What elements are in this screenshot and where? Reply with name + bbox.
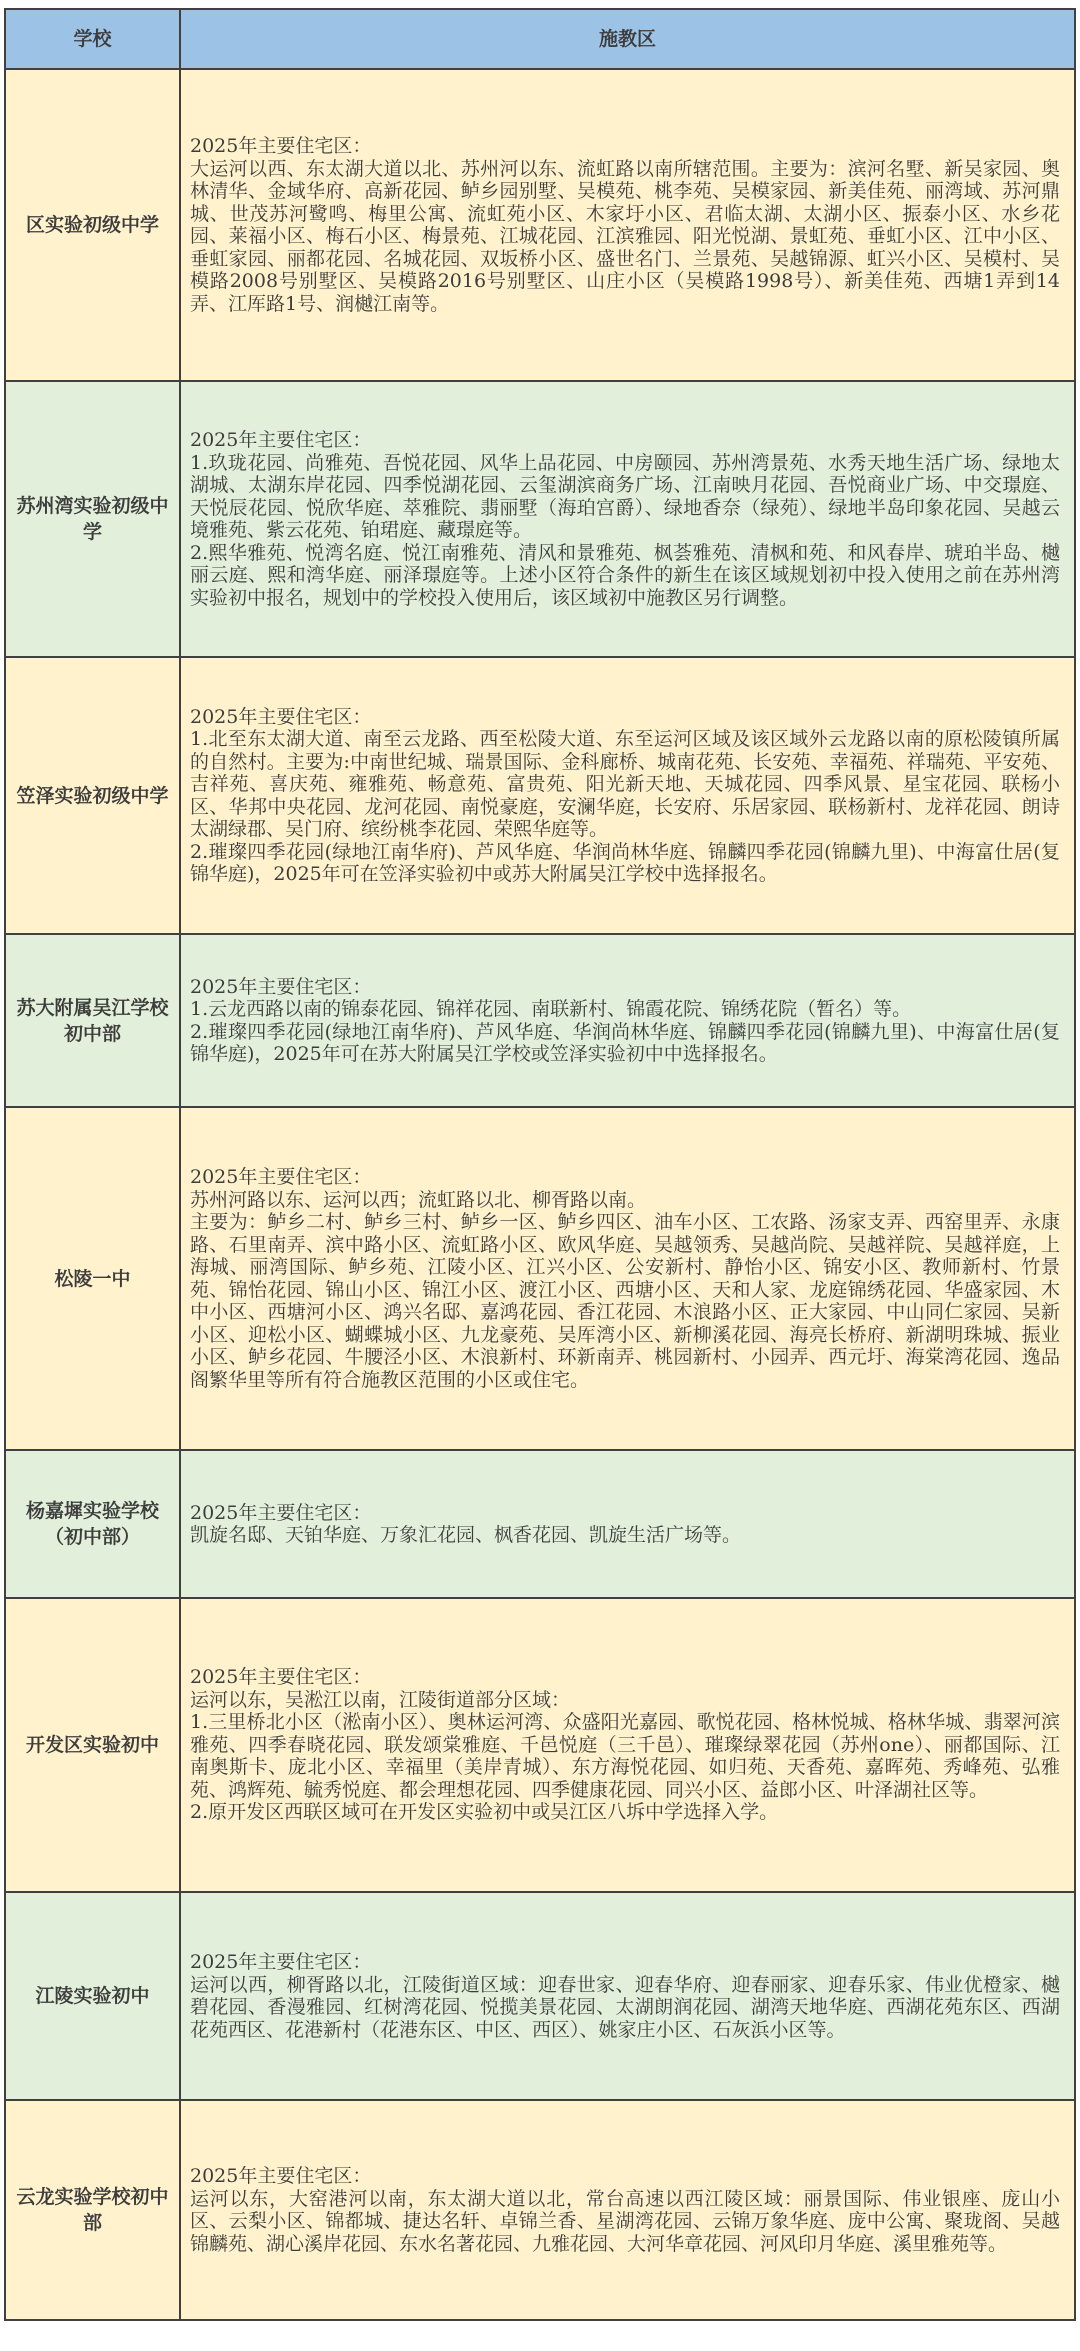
school-name: 区实验初级中学	[6, 70, 181, 380]
table-header-row: 学校 施教区	[6, 10, 1074, 68]
district-cell: 2025年主要住宅区： 运河以西，柳胥路以北，江陵街道区域：迎春世家、迎春华府、…	[181, 1893, 1074, 2099]
district-cell: 2025年主要住宅区： 大运河以西、东太湖大道以北、苏州河以东、流虹路以南所辖范…	[181, 70, 1074, 380]
school-district-table: 学校 施教区 区实验初级中学 2025年主要住宅区： 大运河以西、东太湖大道以北…	[4, 8, 1076, 2321]
district-paragraph: 1.云龙西路以南的锦泰花园、锦祥花园、南联新村、锦霞花院、锦绣花院（暂名）等。	[190, 998, 1060, 1021]
table-row: 开发区实验初中 2025年主要住宅区： 运河以东，吴淞江以南，江陵街道部分区域：…	[6, 1597, 1074, 1891]
district-paragraph: 2025年主要住宅区：	[190, 976, 1060, 999]
district-paragraph: 2025年主要住宅区：	[190, 1666, 1060, 1689]
district-cell: 2025年主要住宅区： 运河以东，吴淞江以南，江陵街道部分区域： 1.三里桥北小…	[181, 1599, 1074, 1891]
table-row: 云龙实验学校初中部 2025年主要住宅区： 运河以东，大窑港河以南，东太湖大道以…	[6, 2099, 1074, 2319]
district-cell: 2025年主要住宅区： 凯旋名邸、天铂华庭、万象汇花园、枫香花园、凯旋生活广场等…	[181, 1451, 1074, 1597]
district-paragraph: 2025年主要住宅区：	[190, 706, 1060, 729]
school-name: 云龙实验学校初中部	[6, 2101, 181, 2319]
district-paragraph: 主要为：鲈乡二村、鲈乡三村、鲈乡一区、鲈乡四区、油车小区、工农路、汤家支弄、西窑…	[190, 1211, 1060, 1391]
district-paragraph: 2.原开发区西联区域可在开发区实验初中或吴江区八坼中学选择入学。	[190, 1801, 1060, 1824]
district-paragraph: 2025年主要住宅区：	[190, 1166, 1060, 1189]
school-name: 江陵实验初中	[6, 1893, 181, 2099]
district-paragraph: 大运河以西、东太湖大道以北、苏州河以东、流虹路以南所辖范围。主要为：滨河名墅、新…	[190, 158, 1060, 316]
district-paragraph: 运河以东，吴淞江以南，江陵街道部分区域：	[190, 1689, 1060, 1712]
district-paragraph: 1.北至东太湖大道、南至云龙路、西至松陵大道、东至运河区域及该区域外云龙路以南的…	[190, 728, 1060, 841]
school-name: 杨嘉墀实验学校（初中部）	[6, 1451, 181, 1597]
table-row: 杨嘉墀实验学校（初中部） 2025年主要住宅区： 凯旋名邸、天铂华庭、万象汇花园…	[6, 1449, 1074, 1597]
table-row: 江陵实验初中 2025年主要住宅区： 运河以西，柳胥路以北，江陵街道区域：迎春世…	[6, 1891, 1074, 2099]
district-cell: 2025年主要住宅区： 1.北至东太湖大道、南至云龙路、西至松陵大道、东至运河区…	[181, 658, 1074, 933]
district-paragraph: 运河以东，大窑港河以南，东太湖大道以北，常台高速以西江陵区域：丽景国际、伟业银座…	[190, 2188, 1060, 2256]
table-row: 区实验初级中学 2025年主要住宅区： 大运河以西、东太湖大道以北、苏州河以东、…	[6, 68, 1074, 380]
district-cell: 2025年主要住宅区： 运河以东，大窑港河以南，东太湖大道以北，常台高速以西江陵…	[181, 2101, 1074, 2319]
school-name: 笠泽实验初级中学	[6, 658, 181, 933]
school-name: 苏州湾实验初级中学	[6, 382, 181, 656]
district-paragraph: 1.玖珑花园、尚雅苑、吾悦花园、风华上品花园、中房颐园、苏州湾景苑、水秀天地生活…	[190, 452, 1060, 542]
district-paragraph: 1.三里桥北小区（淞南小区）、奥林运河湾、众盛阳光嘉园、歌悦花园、格林悦城、格林…	[190, 1711, 1060, 1801]
header-district: 施教区	[181, 10, 1074, 68]
school-name: 苏大附属吴江学校初中部	[6, 935, 181, 1106]
district-paragraph: 凯旋名邸、天铂华庭、万象汇花园、枫香花园、凯旋生活广场等。	[190, 1524, 1060, 1547]
school-name: 松陵一中	[6, 1108, 181, 1449]
district-paragraph: 2025年主要住宅区：	[190, 1951, 1060, 1974]
header-school: 学校	[6, 10, 181, 68]
district-paragraph: 2.熙华雅苑、悦湾名庭、悦江南雅苑、清风和景雅苑、枫荟雅苑、清枫和苑、和风春岸、…	[190, 542, 1060, 610]
district-paragraph: 苏州河路以东、运河以西；流虹路以北、柳胥路以南。	[190, 1189, 1060, 1212]
district-paragraph: 2025年主要住宅区：	[190, 1502, 1060, 1525]
district-paragraph: 2.璀璨四季花园(绿地江南华府)、芦风华庭、华润尚林华庭、锦麟四季花园(锦麟九里…	[190, 1021, 1060, 1066]
table-row: 苏大附属吴江学校初中部 2025年主要住宅区： 1.云龙西路以南的锦泰花园、锦祥…	[6, 933, 1074, 1106]
district-paragraph: 2025年主要住宅区：	[190, 2165, 1060, 2188]
table-row: 笠泽实验初级中学 2025年主要住宅区： 1.北至东太湖大道、南至云龙路、西至松…	[6, 656, 1074, 933]
district-cell: 2025年主要住宅区： 1.云龙西路以南的锦泰花园、锦祥花园、南联新村、锦霞花院…	[181, 935, 1074, 1106]
district-paragraph: 2025年主要住宅区：	[190, 429, 1060, 452]
district-paragraph: 2.璀璨四季花园(绿地江南华府)、芦风华庭、华润尚林华庭、锦麟四季花园(锦麟九里…	[190, 841, 1060, 886]
district-cell: 2025年主要住宅区： 苏州河路以东、运河以西；流虹路以北、柳胥路以南。 主要为…	[181, 1108, 1074, 1449]
school-name: 开发区实验初中	[6, 1599, 181, 1891]
district-paragraph: 2025年主要住宅区：	[190, 135, 1060, 158]
district-paragraph: 运河以西，柳胥路以北，江陵街道区域：迎春世家、迎春华府、迎春丽家、迎春乐家、伟业…	[190, 1974, 1060, 2042]
table-row: 苏州湾实验初级中学 2025年主要住宅区： 1.玖珑花园、尚雅苑、吾悦花园、风华…	[6, 380, 1074, 656]
table-row: 松陵一中 2025年主要住宅区： 苏州河路以东、运河以西；流虹路以北、柳胥路以南…	[6, 1106, 1074, 1449]
district-cell: 2025年主要住宅区： 1.玖珑花园、尚雅苑、吾悦花园、风华上品花园、中房颐园、…	[181, 382, 1074, 656]
